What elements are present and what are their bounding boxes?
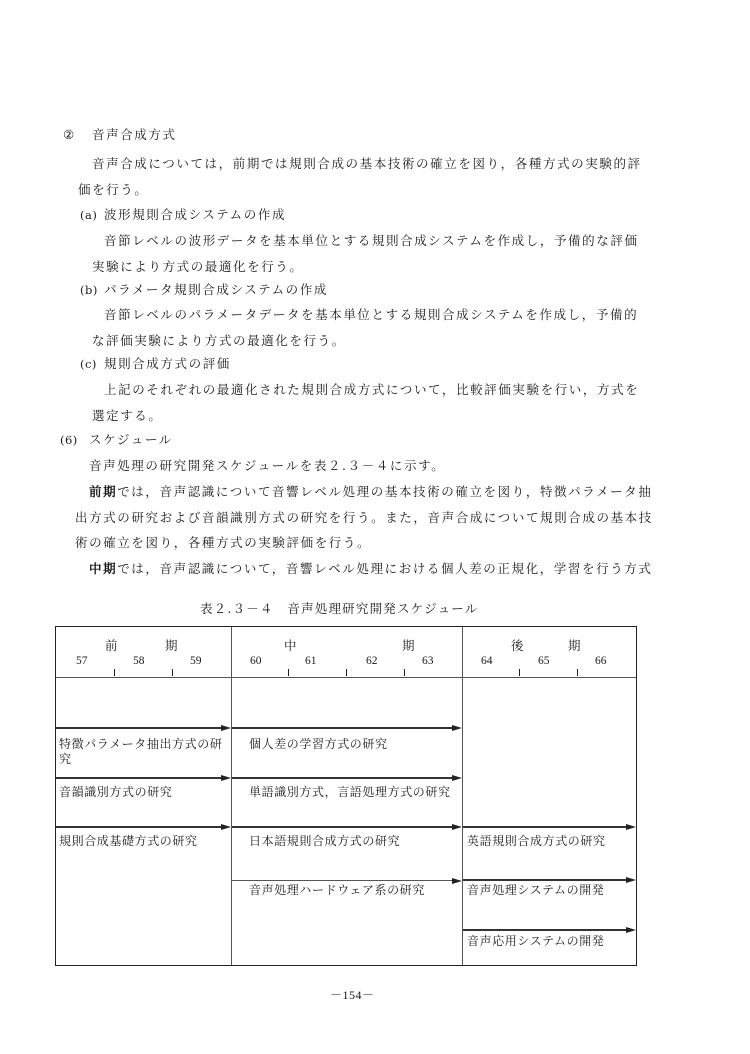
table-caption: 表２.３－４ 音声処理研究開発スケジュール: [200, 601, 478, 617]
paragraph-line: 音声合成については，前期では規則合成の基本技術の確立を図り，各種方式の実験的評: [92, 156, 642, 172]
arrow-right-icon: [452, 725, 462, 731]
schedule-task: 究: [59, 752, 72, 767]
item-label: (a): [80, 207, 97, 223]
arrow-right-icon: [452, 824, 462, 830]
period-label: 期: [568, 639, 581, 653]
emphasis: 中期: [89, 561, 117, 576]
section-number: ②: [63, 127, 76, 143]
paragraph-line: 出方式の研究および音韻識別方式の研究を行う。また，音声合成について規則合成の基本…: [75, 510, 653, 526]
year-label: 66: [595, 655, 607, 667]
year-label: 59: [190, 655, 202, 667]
item-title: 規則合成方式の評価: [104, 356, 231, 372]
paragraph-line: 音節レベルのパラメータデータを基本単位とする規則合成システムを作成し，予備的: [104, 307, 638, 323]
paragraph-line: 上記のそれぞれの最適化された規則合成方式について，比較評価実験を行い，方式を: [104, 382, 639, 398]
year-tick: [404, 669, 405, 676]
paragraph-line: な評価実験により方式の最適化を行う。: [92, 333, 346, 349]
arrow-right-icon: [221, 824, 231, 830]
schedule-task: 特徴パラメータ抽出方式の研: [59, 737, 222, 752]
year-tick: [346, 669, 347, 676]
year-label: 65: [538, 655, 550, 667]
year-label: 62: [366, 655, 378, 667]
timeline-bar: [232, 727, 453, 729]
period-label: 期: [165, 639, 178, 653]
schedule-task: 個人差の学習方式の研究: [249, 737, 388, 752]
arrow-right-icon: [452, 775, 462, 781]
schedule-task: 英語規則合成方式の研究: [467, 834, 606, 849]
arrow-right-icon: [452, 878, 462, 884]
paragraph-line: 音節レベルの波形データを基本単位とする規則合成システムを作成し，予備的な評価: [104, 233, 639, 249]
arrow-right-icon: [221, 775, 231, 781]
schedule-task: 単語識別方式，言語処理方式の研究: [249, 785, 451, 800]
section-heading: 音声合成方式: [92, 127, 177, 143]
year-label: 58: [133, 655, 145, 667]
schedule-task: 日本語規則合成方式の研究: [249, 834, 400, 849]
section-heading: スケジュール: [89, 432, 173, 448]
paragraph-line: 価を行う。: [78, 182, 149, 198]
year-tick: [577, 669, 578, 676]
timeline-bar: [463, 879, 627, 881]
timeline-bar: [463, 929, 627, 931]
year-tick: [288, 669, 289, 676]
item-title: 波形規則合成システムの作成: [104, 207, 286, 223]
arrow-right-icon: [626, 877, 636, 883]
emphasis: 前期: [89, 484, 117, 499]
paragraph-line: 実験により方式の最適化を行う。: [92, 259, 304, 275]
header-divider: [56, 677, 636, 678]
period-label: 期: [402, 639, 415, 653]
schedule-task: 音韻識別方式の研究: [59, 785, 172, 800]
section-number: (6): [60, 432, 78, 448]
page-number: －154－: [330, 987, 375, 1003]
arrow-right-icon: [626, 927, 636, 933]
period-label: 前: [105, 639, 118, 653]
year-label: 61: [305, 655, 317, 667]
paragraph-line: 選定する。: [92, 408, 163, 424]
arrow-right-icon: [221, 725, 231, 731]
timeline-bar: [56, 727, 222, 729]
year-label: 63: [422, 655, 434, 667]
item-label: (c): [80, 356, 97, 372]
timeline-bar: [232, 880, 453, 881]
timeline-bar: [232, 826, 453, 828]
paragraph-line: 術の確立を図り，各種方式の実験評価を行う。: [75, 535, 371, 551]
schedule-task: 音声処理ハードウェア系の研究: [249, 883, 425, 898]
timeline-bar: [56, 826, 222, 828]
paragraph-line: 中期では，音声認識について，音響レベル処理における個人差の正規化，学習を行う方式: [89, 561, 653, 577]
schedule-task: 音声処理システムの開発: [467, 883, 604, 898]
year-label: 60: [250, 655, 262, 667]
timeline-bar: [56, 777, 222, 779]
item-label: (b): [80, 282, 98, 298]
period-label: 後: [511, 639, 524, 653]
year-label: 64: [481, 655, 493, 667]
paragraph-text: では，音声認識について音響レベル処理の基本技術の確立を図り，特徴パラメータ抽: [117, 484, 652, 499]
schedule-task: 音声応用システムの開発: [467, 934, 604, 949]
schedule-task: 規則合成基礎方式の研究: [59, 834, 198, 849]
paragraph-line: 音声処理の研究開発スケジュールを表２.３－４に示す。: [89, 458, 445, 474]
period-label: 中: [284, 639, 297, 653]
paragraph-text: では，音声認識について，音響レベル処理における個人差の正規化，学習を行う方式: [117, 561, 652, 576]
year-tick: [519, 669, 520, 676]
item-title: パラメータ規則合成システムの作成: [104, 282, 328, 298]
paragraph-line: 前期では，音声認識について音響レベル処理の基本技術の確立を図り，特徴パラメータ抽: [89, 484, 652, 500]
timeline-bar: [232, 777, 453, 779]
year-tick: [172, 669, 173, 676]
arrow-right-icon: [626, 824, 636, 830]
year-tick: [114, 669, 115, 676]
timeline-bar: [463, 826, 627, 828]
year-label: 57: [76, 655, 88, 667]
